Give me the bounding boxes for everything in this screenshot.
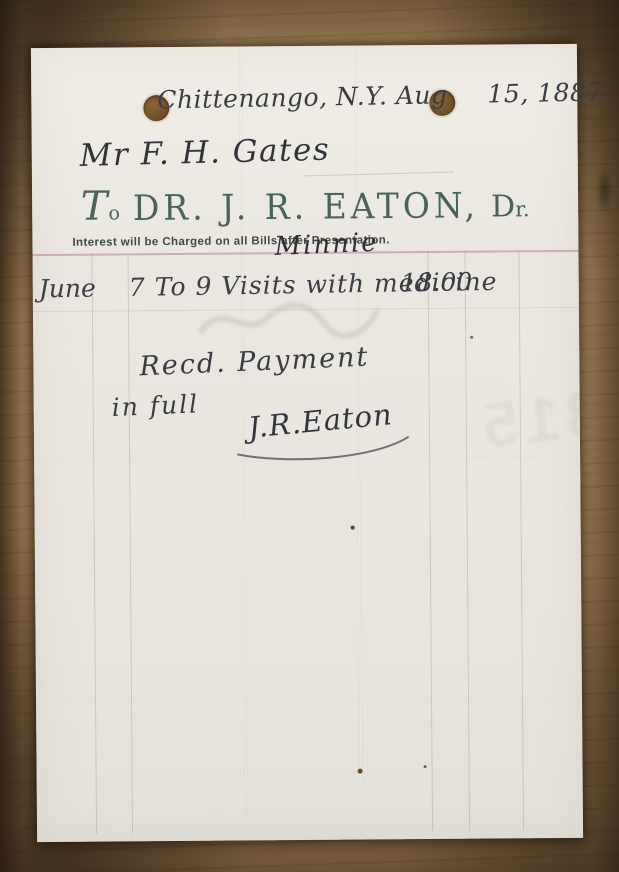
billhead-document: Chittenango, N.Y. Aug 15, 1887. Mr F. H.…: [31, 44, 583, 842]
ledger-column-line: [128, 253, 134, 833]
paper-speck: [351, 526, 355, 530]
ledger-column-line: [427, 251, 433, 831]
receipt-note-line2: in full: [111, 389, 200, 422]
addressee-handwriting: Mr F. H. Gates: [79, 132, 330, 174]
addressee-trailing-line: [304, 172, 454, 177]
paper-speck: [470, 336, 473, 339]
ledger-column-line: [92, 254, 98, 834]
photo-of-document-on-wood-table: Chittenango, N.Y. Aug 15, 1887. Mr F. H.…: [0, 0, 619, 872]
receipt-note-line1: Recd. Payment: [139, 342, 370, 383]
paper-speck: [424, 765, 427, 768]
to-ornament-glyph: To: [81, 183, 122, 229]
dateline-place: Chittenango, N.Y. Aug: [157, 80, 448, 114]
ledger-column-line: [464, 251, 470, 831]
billhead-header: To DR. J. R. EATON, Dr.: [32, 180, 578, 230]
entry-amount: 18.00: [400, 267, 472, 297]
horizontal-fold-crease: [36, 696, 582, 703]
ledger-column-line: [518, 250, 524, 830]
dateline-day-year: 15, 1887.: [487, 77, 611, 108]
dateline-handwriting: Chittenango, N.Y. Aug 15, 1887.: [157, 77, 611, 114]
annotation-handwriting: Minnie: [274, 228, 379, 262]
billhead-name: DR. J. R. EATON,: [133, 184, 480, 228]
billhead-title-suffix: Dr.: [491, 189, 530, 224]
paper-speck: [358, 769, 363, 774]
signature-flourish: [232, 431, 417, 462]
wood-grain-knot: [596, 166, 614, 214]
entry-day: 7: [128, 273, 144, 302]
entry-month: June: [39, 273, 97, 303]
